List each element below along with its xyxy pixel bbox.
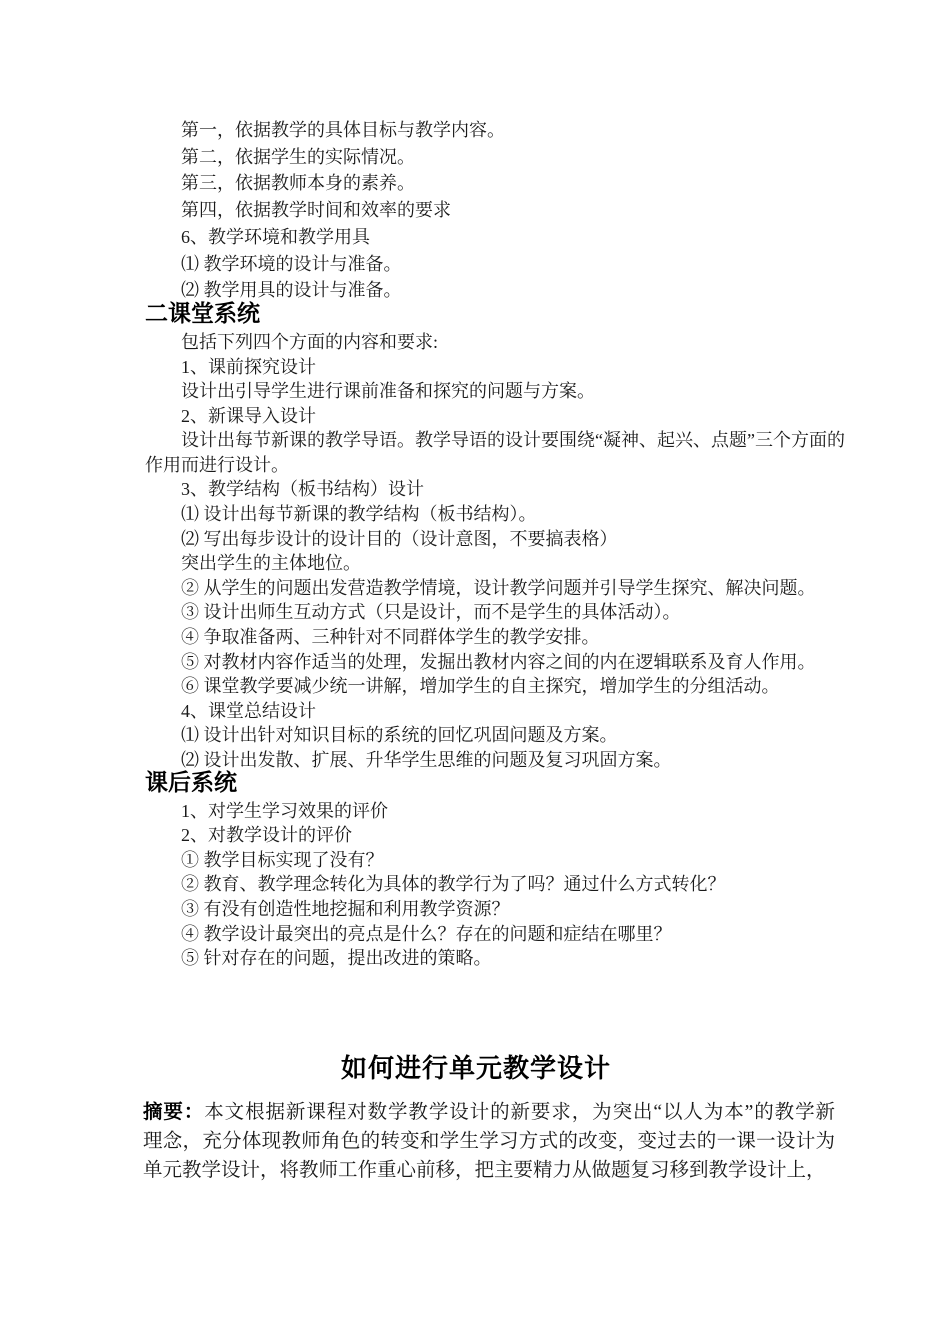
body-line: ⑴ 设计出每节新课的教学结构（板书结构）。 (145, 502, 807, 527)
body-line: ② 教育、教学理念转化为具体的教学行为了吗？通过什么方式转化？ (145, 872, 807, 897)
abstract-line: 理念，充分体现教师角色的转变和学生学习方式的改变，变过去的一课一设计为 (143, 1127, 835, 1156)
body-line: ③ 设计出师生互动方式（只是设计，而不是学生的具体活动）。 (145, 600, 807, 625)
article-title: 如何进行单元教学设计 (145, 1051, 807, 1087)
body-line: 1、课前探究设计 (145, 355, 807, 380)
body-line: ③ 有没有创造性地挖掘和利用教学资源？ (145, 897, 807, 922)
body-line: 设计出每节新课的教学导语。教学导语的设计要围绕“凝神、起兴、点题”三个方面的 (145, 428, 807, 453)
abstract-label: 摘要： (143, 1102, 204, 1123)
body-line: ⑤ 针对存在的问题，提出改进的策略。 (145, 946, 807, 971)
section-heading-classroom-system: 二课堂系统 (145, 298, 807, 328)
body-line: ⑴ 设计出针对知识目标的系统的回忆巩固问题及方案。 (145, 723, 807, 748)
abstract-text: 本文根据新课程对数学教学设计的新要求，为突出“以人为本”的教学新 (204, 1102, 835, 1123)
body-line: ⑤ 对教材内容作适当的处理，发掘出教材内容之间的内在逻辑联系及育人作用。 (145, 650, 807, 675)
document-page: 第一，依据教学的具体目标与教学内容。第二，依据学生的实际情况。第三，依据教师本身… (0, 0, 950, 1344)
line-block: 第一，依据教学的具体目标与教学内容。第二，依据学生的实际情况。第三，依据教师本身… (145, 117, 807, 304)
body-line: ④ 争取准备两、三种针对不同群体学生的教学安排。 (145, 625, 807, 650)
body-line: 突出学生的主体地位。 (145, 551, 807, 576)
body-line: 第一，依据教学的具体目标与教学内容。 (145, 117, 807, 144)
body-line: 6、教学环境和教学用具 (145, 224, 807, 251)
document-body: 第一，依据教学的具体目标与教学内容。第二，依据学生的实际情况。第三，依据教师本身… (145, 117, 807, 971)
body-line: 1、对学生学习效果的评价 (145, 799, 807, 824)
body-line: 第三，依据教师本身的素养。 (145, 170, 807, 197)
body-line: ⑥ 课堂教学要减少统一讲解，增加学生的自主探究，增加学生的分组活动。 (145, 674, 807, 699)
body-line: 3、教学结构（板书结构）设计 (145, 477, 807, 502)
body-line: 设计出引导学生进行课前准备和探究的问题与方案。 (145, 379, 807, 404)
body-line: 4、课堂总结设计 (145, 699, 807, 724)
abstract-paragraph: 摘要：本文根据新课程对数学教学设计的新要求，为突出“以人为本”的教学新理念，充分… (143, 1098, 835, 1186)
body-line: 2、新课导入设计 (145, 404, 807, 429)
body-line: 第二，依据学生的实际情况。 (145, 144, 807, 171)
body-line: ⑴ 教学环境的设计与准备。 (145, 251, 807, 278)
body-line: ① 教学目标实现了没有？ (145, 848, 807, 873)
line-block: 1、对学生学习效果的评价2、对教学设计的评价① 教学目标实现了没有？② 教育、教… (145, 799, 807, 971)
body-line: ⑵ 写出每步设计的设计目的（设计意图，不要搞表格） (145, 527, 807, 552)
body-line: 作用而进行设计。 (145, 453, 807, 478)
body-line: 第四，依据教学时间和效率的要求 (145, 197, 807, 224)
body-line: ④ 教学设计最突出的亮点是什么？存在的问题和症结在哪里？ (145, 922, 807, 947)
body-line: 2、对教学设计的评价 (145, 823, 807, 848)
document-content: 第一，依据教学的具体目标与教学内容。第二，依据学生的实际情况。第三，依据教师本身… (145, 117, 807, 1185)
abstract-line: 摘要：本文根据新课程对数学教学设计的新要求，为突出“以人为本”的教学新 (143, 1098, 835, 1127)
abstract-line: 单元教学设计，将教师工作重心前移，把主要精力从做题复习移到教学设计上， (143, 1156, 835, 1185)
line-block: 包括下列四个方面的内容和要求:1、课前探究设计设计出引导学生进行课前准备和探究的… (145, 330, 807, 773)
body-line: ② 从学生的问题出发营造教学情境，设计教学问题并引导学生探究、解决问题。 (145, 576, 807, 601)
body-line: 包括下列四个方面的内容和要求: (145, 330, 807, 355)
